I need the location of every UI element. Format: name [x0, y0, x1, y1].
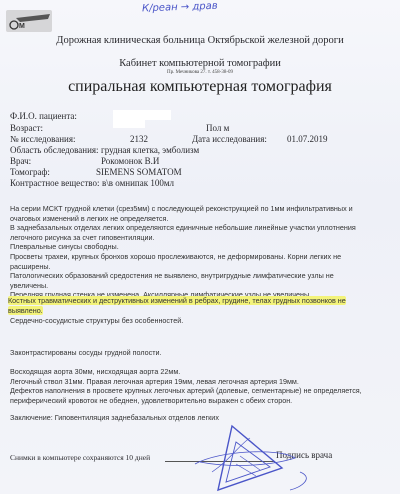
finding-line: Плевральные синусы свободны. [10, 242, 356, 252]
finding-line: Просветы трахеи, крупных бронхов хорошо … [10, 252, 356, 262]
handwritten-note: К/реан → драв [142, 1, 218, 15]
cardio-finding: Сердечно-сосудистые структуры без особен… [10, 316, 183, 326]
contrast-value: в\в омнипак 100мл [102, 178, 174, 188]
document-page: M К/реан → драв Дорожная клиническая бол… [0, 0, 400, 494]
finding-line: Патологических образований средостения н… [10, 271, 356, 281]
highlighted-line: выявлено. [8, 306, 43, 315]
vessel-line: Легочный ствол 31мм. Правая легочная арт… [10, 377, 362, 387]
finding-line: легочного рисунка за счет гиповентиляции… [10, 233, 356, 243]
doctor-label: Врач: [10, 156, 31, 166]
scanner-value: SIEMENS SOMATOM [96, 167, 182, 177]
findings-block: На серии МСКТ грудной клетки (срез5мм) с… [10, 204, 356, 300]
address: Пр. Мечникова 27. т. 458-38-09 [0, 70, 400, 75]
vessel-line: Восходящая аорта 30мм, нисходящая аорта … [10, 367, 362, 377]
highlighted-line: Костных травматических и деструктивных и… [8, 296, 346, 305]
patient-name-redacted [113, 110, 171, 120]
triangular-stamp-icon [190, 420, 310, 494]
exam-area-value: грудная клетка, эмболизм [101, 145, 199, 155]
highlighted-finding: Костных травматических и деструктивных и… [8, 296, 346, 315]
sex-label: Пол м [206, 123, 229, 133]
contrast-note: Законтрастированы сосуды грудной полости… [10, 348, 162, 358]
contrast-label: Контрастное вещество: [10, 178, 99, 188]
finding-line: очаговых изменений в легких не определяе… [10, 214, 356, 224]
exam-area-label: Область обследования: [10, 145, 99, 155]
finding-line: расширены. [10, 262, 356, 272]
study-date-value: 01.07.2019 [287, 134, 328, 144]
finding-line: В заднебазальных отделах легких определя… [10, 223, 356, 233]
page-title: спиральная компьютерная томография [0, 78, 400, 96]
patient-name-label: Ф.И.О. пациента: [10, 111, 77, 121]
vessels-block: Восходящая аорта 30мм, нисходящая аорта … [10, 367, 362, 405]
scanner-label: Томограф: [10, 167, 50, 177]
finding-line: увеличены. [10, 281, 356, 291]
age-label: Возраст: [10, 123, 43, 133]
study-number-label: № исследования: [10, 134, 76, 144]
hospital-name: Дорожная клиническая больница Октябрьско… [0, 35, 400, 46]
department-name: Кабинет компьютерной томографии [0, 58, 400, 69]
svg-text:M: M [19, 23, 25, 30]
railway-logo-icon: M [6, 10, 52, 32]
vessel-line: периферический кровоток не обеднен, удов… [10, 396, 362, 406]
conclusion: Заключение: Гиповентиляция заднебазальны… [10, 413, 219, 423]
vessel-line: Дефектов наполнения в просвете крупных л… [10, 386, 362, 396]
doctor-value: Рокомонок В.И [101, 156, 159, 166]
study-date-label: Дата исследования: [192, 134, 267, 144]
patient-age-redacted [113, 120, 145, 128]
retention-note: Снимки в компьютере сохраняются 10 дней [10, 453, 150, 462]
study-number-value: 2132 [130, 134, 148, 144]
finding-line: На серии МСКТ грудной клетки (срез5мм) с… [10, 204, 356, 214]
